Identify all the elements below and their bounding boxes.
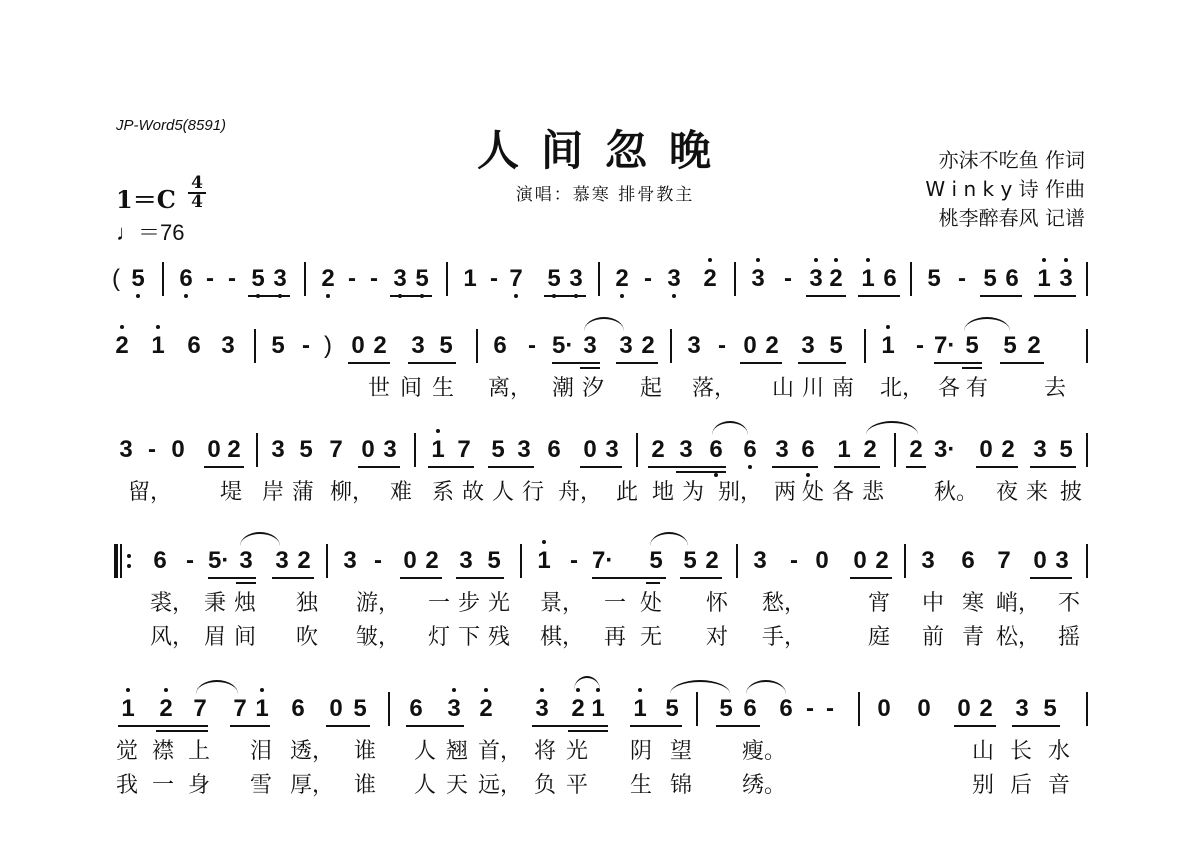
note: 7 xyxy=(454,437,474,463)
lyric-char: 裘， xyxy=(150,586,194,617)
underline-beam xyxy=(1000,362,1044,364)
underline-beam xyxy=(1034,295,1076,297)
note: 3 xyxy=(268,437,288,463)
underline-beam xyxy=(236,582,256,584)
note: 6 xyxy=(740,437,760,463)
lyricist-credit: 亦沫不吃鱼 作词 xyxy=(880,146,1085,175)
note: 5 xyxy=(484,548,504,574)
underline-beam xyxy=(348,362,390,364)
high-octave-dot xyxy=(756,258,760,262)
underline-beam xyxy=(806,295,846,297)
note: 5 xyxy=(924,266,944,292)
note: 0 xyxy=(850,548,870,574)
lyric-char: 堤 xyxy=(220,475,242,506)
note: 5 xyxy=(544,266,564,292)
lyric-char: 锦 xyxy=(670,768,692,799)
tie-slur xyxy=(964,317,1010,331)
underline-beam xyxy=(648,466,726,468)
note: 2 xyxy=(112,333,132,359)
note: 7 xyxy=(506,266,526,292)
lyric-char: 透， xyxy=(290,734,334,765)
note: 5 xyxy=(1056,437,1076,463)
repeat-part xyxy=(127,564,131,568)
underline-beam xyxy=(544,295,586,297)
note: 3 xyxy=(218,333,238,359)
lyric-char: 别 xyxy=(972,768,994,799)
note: 3 xyxy=(380,437,400,463)
underline-beam xyxy=(716,725,760,727)
note: 0 xyxy=(348,333,368,359)
lyric-char: 地 xyxy=(652,475,674,506)
time-signature-top: 4 xyxy=(188,176,206,191)
note: 3 xyxy=(772,437,792,463)
note: 6 xyxy=(740,696,760,722)
underline-beam xyxy=(646,582,660,584)
note: 3 xyxy=(566,266,586,292)
note: 2 xyxy=(872,548,892,574)
lyric-char: 松， xyxy=(996,620,1040,651)
note: 3 xyxy=(664,266,684,292)
lyric-char: 雪 xyxy=(250,768,272,799)
note: 6 xyxy=(150,548,170,574)
lyric-char: 悲 xyxy=(862,475,884,506)
note: 3 xyxy=(236,548,256,574)
barline xyxy=(1086,692,1088,726)
note: 3 xyxy=(514,437,534,463)
high-octave-dot xyxy=(1042,258,1046,262)
lyric-char: 柳， xyxy=(330,475,374,506)
lyric-char: 身 xyxy=(188,768,210,799)
lyric-char: 平 xyxy=(566,768,588,799)
note: 3 xyxy=(272,548,292,574)
lyric-char: 来 xyxy=(1026,475,1048,506)
barline xyxy=(520,544,522,578)
underline-beam xyxy=(552,362,600,364)
note: 1 xyxy=(428,437,448,463)
underline-beam xyxy=(580,367,600,369)
lyric-char: 世 xyxy=(368,371,390,402)
note: 3 xyxy=(616,333,636,359)
high-octave-dot xyxy=(542,540,546,544)
underline-beam xyxy=(858,295,900,297)
note: 2 xyxy=(762,333,782,359)
lyric-char: 再 xyxy=(604,620,626,651)
dash-extension: - xyxy=(180,548,200,574)
high-octave-dot xyxy=(638,688,642,692)
lyric-char: 秉 xyxy=(204,586,226,617)
dash-extension: - xyxy=(564,548,584,574)
quarter-note-icon: ♩ xyxy=(116,220,138,245)
underline-beam xyxy=(156,730,208,732)
note: 2 xyxy=(568,696,588,722)
note: 6 xyxy=(798,437,818,463)
note: 5 xyxy=(128,266,148,292)
note: 2 xyxy=(826,266,846,292)
repeat-part xyxy=(120,544,122,578)
note: 5 xyxy=(1040,696,1060,722)
note: 1 xyxy=(148,333,168,359)
lyric-char: 音 xyxy=(1048,768,1070,799)
note: 3 xyxy=(684,333,704,359)
lyric-char: 棋， xyxy=(540,620,584,651)
note: 5 xyxy=(646,548,666,574)
note: 2 xyxy=(1024,333,1044,359)
lyric-char: 吹 xyxy=(296,620,318,651)
underline-beam xyxy=(934,362,982,364)
dash-extension: - xyxy=(484,266,504,292)
underline-beam xyxy=(976,466,1018,468)
key-signature: 1＝C xyxy=(116,180,176,215)
lyric-char: 庭 xyxy=(868,620,890,651)
lyric-char: 人 xyxy=(492,475,514,506)
transcriber-credit: 桃李醉春风 记谱 xyxy=(880,204,1085,233)
note: 3 xyxy=(580,333,600,359)
high-octave-dot xyxy=(866,258,870,262)
note: 6 xyxy=(880,266,900,292)
tie-slur xyxy=(746,680,786,694)
high-octave-dot xyxy=(540,688,544,692)
tie-slur xyxy=(240,532,280,546)
lyric-char: 留， xyxy=(128,475,172,506)
note: 3 xyxy=(390,266,410,292)
lyric-char: 披 xyxy=(1060,475,1082,506)
note: 1 xyxy=(878,333,898,359)
underline-beam xyxy=(1030,577,1072,579)
underline-beam xyxy=(400,577,442,579)
note: 0 xyxy=(740,333,760,359)
note: 3 xyxy=(116,437,136,463)
note: 2 xyxy=(906,437,926,463)
lyric-char: 别， xyxy=(718,475,762,506)
note: 2 xyxy=(318,266,338,292)
note: 3 xyxy=(444,696,464,722)
lyric-char: 汐 xyxy=(582,371,604,402)
note: 5 xyxy=(268,333,288,359)
underline-beam xyxy=(230,725,270,727)
lyric-char: 去 xyxy=(1044,371,1066,402)
underline-beam xyxy=(740,362,782,364)
lyric-char: 中 xyxy=(922,586,944,617)
barline xyxy=(734,262,736,296)
barline xyxy=(696,692,698,726)
lyric-char: 潮 xyxy=(552,371,574,402)
dash-extension: - xyxy=(142,437,162,463)
barline xyxy=(326,544,328,578)
note: 5 xyxy=(662,696,682,722)
note: 3 xyxy=(532,696,552,722)
tie-slur xyxy=(712,421,748,435)
note: 0 xyxy=(326,696,346,722)
note: 5 xyxy=(962,333,982,359)
note: 0 xyxy=(400,548,420,574)
tie-slur xyxy=(584,317,624,331)
lyric-char: 将 xyxy=(534,734,556,765)
lyric-char: 愁， xyxy=(762,586,806,617)
note: 0 xyxy=(204,437,224,463)
underline-beam xyxy=(408,362,456,364)
high-octave-dot xyxy=(156,325,160,329)
note: 2 xyxy=(998,437,1018,463)
note: 0 xyxy=(914,696,934,722)
lyric-char: 蒲 xyxy=(292,475,314,506)
note: 0 xyxy=(168,437,188,463)
note: 6 xyxy=(706,437,726,463)
barline xyxy=(904,544,906,578)
lyric-char: 不 xyxy=(1058,586,1080,617)
note: 2 xyxy=(224,437,244,463)
high-octave-dot xyxy=(260,688,264,692)
note: 0 xyxy=(580,437,600,463)
note: 2 xyxy=(860,437,880,463)
note: 2 xyxy=(702,548,722,574)
lyric-char: 落， xyxy=(692,371,736,402)
lyric-char: 离， xyxy=(488,371,532,402)
lyric-char: 怀 xyxy=(706,586,728,617)
lyric-char: 系 xyxy=(432,475,454,506)
high-octave-dot xyxy=(164,688,168,692)
underline-beam xyxy=(568,730,608,732)
dash-extension: - xyxy=(784,548,804,574)
lyric-char: 望 xyxy=(670,734,692,765)
note: 5 xyxy=(826,333,846,359)
parenthesis: ( xyxy=(112,266,120,292)
underline-beam xyxy=(208,577,256,579)
lyric-char: 一 xyxy=(604,586,626,617)
note: 2 xyxy=(370,333,390,359)
note: 6 xyxy=(184,333,204,359)
high-octave-dot xyxy=(814,258,818,262)
underline-beam xyxy=(118,725,208,727)
note: 1 xyxy=(252,696,272,722)
barline xyxy=(858,692,860,726)
lyric-char: 北， xyxy=(880,371,924,402)
low-octave-dot xyxy=(672,294,676,298)
lyric-char: 无 xyxy=(640,620,662,651)
note: 5 xyxy=(412,266,432,292)
note: 6 xyxy=(958,548,978,574)
barline xyxy=(636,433,638,467)
lyric-char: 舟， xyxy=(558,475,602,506)
note: 5 xyxy=(716,696,736,722)
lyric-char: 岸 xyxy=(262,475,284,506)
note: 5 xyxy=(350,696,370,722)
lyric-char: 摇 xyxy=(1058,620,1080,651)
repeat-part xyxy=(114,544,118,578)
composer-credit: W i n k y 诗 作曲 xyxy=(880,175,1085,204)
note: 6 xyxy=(176,266,196,292)
lyric-char: 生 xyxy=(630,768,652,799)
lyric-char: 独 xyxy=(296,586,318,617)
lyric-char: 风， xyxy=(150,620,194,651)
time-signature-bottom: 4 xyxy=(188,195,206,210)
low-octave-dot xyxy=(620,294,624,298)
barline xyxy=(304,262,306,296)
note: 3 xyxy=(408,333,428,359)
lyric-char: 前 xyxy=(922,620,944,651)
note: 7 xyxy=(326,437,346,463)
lyric-char: 此 xyxy=(616,475,638,506)
lyric-char: 宵 xyxy=(868,586,890,617)
lyric-char: 水 xyxy=(1048,734,1070,765)
dash-extension: - xyxy=(778,266,798,292)
dash-extension: - xyxy=(200,266,220,292)
tie-slur xyxy=(650,532,688,546)
underline-beam xyxy=(248,295,290,297)
underline-beam xyxy=(358,466,400,468)
underline-beam xyxy=(1012,725,1060,727)
lyric-char: 负 xyxy=(534,768,556,799)
note: 3 xyxy=(748,266,768,292)
dash-extension: - xyxy=(364,266,384,292)
underline-beam xyxy=(1030,466,1076,468)
note: 0 xyxy=(874,696,894,722)
barline xyxy=(736,544,738,578)
barline xyxy=(388,692,390,726)
lyric-char: 天 xyxy=(446,768,468,799)
lyric-char: 间 xyxy=(400,371,422,402)
note: 0 xyxy=(358,437,378,463)
lyric-char: 峭， xyxy=(996,586,1040,617)
note: 6 xyxy=(544,437,564,463)
underline-beam xyxy=(850,577,892,579)
tie-slur xyxy=(866,421,918,435)
lyric-char: 秋。 xyxy=(934,475,978,506)
note: 3 xyxy=(602,437,622,463)
lyric-char: 我 xyxy=(116,768,138,799)
barline xyxy=(254,329,256,363)
high-octave-dot xyxy=(834,258,838,262)
note: 1 xyxy=(534,548,554,574)
high-octave-dot xyxy=(708,258,712,262)
low-octave-dot xyxy=(326,294,330,298)
lyric-char: 瘦。 xyxy=(742,734,786,765)
note: 1 xyxy=(118,696,138,722)
lyric-char: 襟 xyxy=(152,734,174,765)
note: 5 xyxy=(248,266,268,292)
note: 6 xyxy=(406,696,426,722)
note: 3 xyxy=(750,548,770,574)
lyric-char: 光 xyxy=(566,734,588,765)
note: 3 xyxy=(918,548,938,574)
underline-beam xyxy=(204,466,244,468)
lyric-char: 觉 xyxy=(116,734,138,765)
note: 5 xyxy=(488,437,508,463)
barline xyxy=(1086,262,1088,296)
lyric-char: 光 xyxy=(488,586,510,617)
repeat-part xyxy=(127,554,131,558)
lyric-char: 绣。 xyxy=(742,768,786,799)
note: 2 xyxy=(648,437,668,463)
note: 7· xyxy=(592,548,612,574)
note: 1 xyxy=(834,437,854,463)
lyric-char: 泪 xyxy=(250,734,272,765)
lyric-char: 青 xyxy=(962,620,984,651)
note: 6 xyxy=(776,696,796,722)
lyric-char: 后 xyxy=(1010,768,1032,799)
lyric-char: 行 xyxy=(522,475,544,506)
note: 1 xyxy=(858,266,878,292)
lyric-char: 有 xyxy=(966,371,988,402)
time-signature: 4 4 xyxy=(188,176,206,210)
note: 5· xyxy=(208,548,228,574)
note: 2 xyxy=(476,696,496,722)
note: 7 xyxy=(994,548,1014,574)
note: 5 xyxy=(436,333,456,359)
lyric-char: 景， xyxy=(540,586,584,617)
note: 3 xyxy=(270,266,290,292)
tempo-value: ＝76 xyxy=(138,220,184,245)
tie-slur xyxy=(574,676,600,690)
note: 2 xyxy=(422,548,442,574)
lyric-char: 远， xyxy=(478,768,522,799)
underline-beam xyxy=(456,577,504,579)
underline-beam xyxy=(532,725,608,727)
underline-beam xyxy=(390,295,432,297)
barline xyxy=(476,329,478,363)
dash-extension: - xyxy=(638,266,658,292)
lyric-char: 厚， xyxy=(290,768,334,799)
dash-extension: - xyxy=(522,333,542,359)
credits-block: 亦沫不吃鱼 作词 W i n k y 诗 作曲 桃李醉春风 记谱 xyxy=(880,146,1085,233)
high-octave-dot xyxy=(436,429,440,433)
underline-beam xyxy=(680,577,722,579)
high-octave-dot xyxy=(886,325,890,329)
lyric-char: 长 xyxy=(1010,734,1032,765)
barline xyxy=(1086,433,1088,467)
low-octave-dot xyxy=(136,294,140,298)
note: 2 xyxy=(294,548,314,574)
note: 3 xyxy=(798,333,818,359)
note: 3 xyxy=(806,266,826,292)
underline-beam xyxy=(272,577,314,579)
lyric-char: 残 xyxy=(488,620,510,651)
note: 1 xyxy=(1034,266,1054,292)
software-watermark: JP-Word5(8591) xyxy=(116,117,226,134)
underline-beam xyxy=(834,466,880,468)
lyric-char: 生 xyxy=(432,371,454,402)
underline-beam xyxy=(906,466,926,468)
note: 0 xyxy=(954,696,974,722)
lyric-char: 南 xyxy=(832,371,854,402)
singer-credit: 演唱：慕寒 排骨教主 xyxy=(440,180,770,205)
underline-beam xyxy=(772,466,818,468)
lyric-char: 为 xyxy=(682,475,704,506)
lyric-char: 谁 xyxy=(354,768,376,799)
lyric-char: 对 xyxy=(706,620,728,651)
lyric-char: 一 xyxy=(152,768,174,799)
note: 0 xyxy=(1030,548,1050,574)
underline-beam xyxy=(954,725,996,727)
note: 1 xyxy=(588,696,608,722)
note: 2 xyxy=(638,333,658,359)
lyric-char: 各 xyxy=(938,371,960,402)
dash-extension: - xyxy=(368,548,388,574)
barline xyxy=(256,433,258,467)
note: 7 xyxy=(190,696,210,722)
note: 3 xyxy=(340,548,360,574)
tie-slur xyxy=(196,680,238,694)
barline xyxy=(1086,544,1088,578)
lyric-char: 烛 xyxy=(234,586,256,617)
note: 2 xyxy=(156,696,176,722)
lyric-char: 人 xyxy=(414,768,436,799)
high-octave-dot xyxy=(484,688,488,692)
high-octave-dot xyxy=(1064,258,1068,262)
lyric-char: 处 xyxy=(640,586,662,617)
underline-beam xyxy=(616,362,658,364)
dash-extension: - xyxy=(296,333,316,359)
note: 5 xyxy=(1000,333,1020,359)
